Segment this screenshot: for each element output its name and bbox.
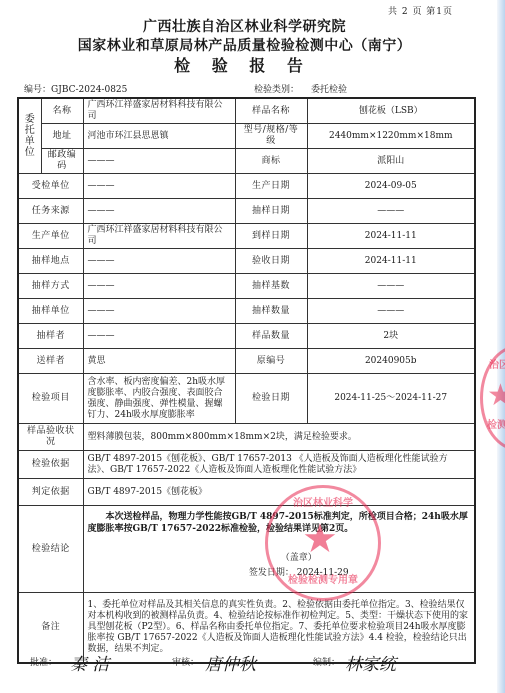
receipt-status: 塑料薄膜包装，800mm×800mm×18mm×2块，满足检验要求。 [83,424,475,451]
sampling-date: ——— [307,199,475,224]
sampling-unit-label: 抽样单位 [18,299,83,324]
sampling-method: ——— [83,274,235,299]
table-row: 送样者 黄思 原编号 20240905b [18,349,475,374]
seal-note: （盖章） [88,553,471,564]
table-row: 受检单位 ——— 生产日期 2024-09-05 [18,174,475,199]
sampler: ——— [83,324,235,349]
inspected-unit: ——— [83,174,235,199]
acceptance-date-label: 验收日期 [235,249,307,274]
judgement-label: 判定依据 [18,479,83,506]
client-address: 河池市环江县思恩镇 [83,124,235,149]
client-group-label: 委 托 单 位 [18,98,41,174]
edit-label: 编制： [313,655,340,668]
postcode: ——— [83,149,235,174]
table-row: 生产单位 广西环江祥盛家居材料科技有限公司 到样日期 2024-11-11 [18,224,475,249]
sampling-qty-label: 抽样数量 [235,299,307,324]
client-name: 广西环江祥盛家居材料科技有限公司 [83,98,235,124]
report-number-label: 编号： [24,85,51,95]
table-row: 检验项目 含水率、板内密度偏差、2h吸水厚度膨胀率、内胶合强度、表面胶合强度、静… [18,374,475,424]
table-row: 地址 河池市环江县思恩镇 型号/规格/等级 2440mm×1220mm×18mm [18,124,475,149]
conclusion-text: 本次送检样品，物理力学性能按GB/T 4897-2015标准判定，所检项目合格；… [88,511,471,535]
receipt-status-label: 样品验收状况 [18,424,83,451]
table-row: 委 托 单 位 名称 广西环江祥盛家居材料科技有限公司 样品名称 刨花板（LSB… [18,98,475,124]
conclusion-label: 检验结论 [18,506,83,593]
arrival-date-label: 到样日期 [235,224,307,249]
client-name-label: 名称 [41,98,83,124]
table-row: 抽样单位 ——— 抽样数量 ——— [18,299,475,324]
sampling-place-label: 抽样地点 [18,249,83,274]
basis: GB/T 4897-2015《刨花板》、GB/T 17657-2013 《人造板… [83,451,475,479]
items-label: 检验项目 [18,374,83,424]
sample-name-label: 样品名称 [235,98,307,124]
sampling-date-label: 抽样日期 [235,199,307,224]
model-label: 型号/规格/等级 [235,124,307,149]
page-edge [497,0,505,693]
postcode-label: 邮政编码 [41,149,83,174]
task-source: ——— [83,199,235,224]
production-date-label: 生产日期 [235,174,307,199]
review-label: 审核： [172,655,199,668]
issue-date: 签发日期： 2024-11-29 [88,568,471,579]
sampling-base-label: 抽样基数 [235,274,307,299]
client-address-label: 地址 [41,124,83,149]
model: 2440mm×1220mm×18mm [307,124,475,149]
production-date: 2024-09-05 [307,174,475,199]
report-title: 检 验 报 告 [0,53,495,76]
items: 含水率、板内密度偏差、2h吸水厚度膨胀率、内胶合强度、表面胶合强度、静曲强度、弹… [83,374,235,424]
acceptance-date: 2024-11-11 [307,249,475,274]
table-row: 邮政编码 ——— 商标 派阳山 [18,149,475,174]
task-source-label: 任务来源 [18,199,83,224]
sampling-base: ——— [307,274,475,299]
center-title: 国家林业和草原局林产品质量检验检测中心（南宁） [0,35,497,55]
producer-label: 生产单位 [18,224,83,249]
approve-label: 批准： [30,655,57,668]
edit-signature: 林家统 [345,650,396,675]
brand: 派阳山 [307,149,475,174]
sample-qty: 2块 [307,324,475,349]
sender-label: 送样者 [18,349,83,374]
approve-signature: 秦 洁 [70,650,109,675]
basis-label: 检验依据 [18,451,83,479]
table-row: 检验依据 GB/T 4897-2015《刨花板》、GB/T 17657-2013… [18,451,475,479]
conclusion-cell: 本次送检样品，物理力学性能按GB/T 4897-2015标准判定，所检项目合格；… [83,506,475,593]
institute-title: 广西壮族自治区林业科学研究院 [0,16,497,36]
table-row: 抽样地点 ——— 验收日期 2024-11-11 [18,249,475,274]
table-row: 抽样方式 ——— 抽样基数 ——— [18,274,475,299]
sample-qty-label: 样品数量 [235,324,307,349]
inspection-type: 检验类别：委托检验 [254,82,347,95]
sampling-unit: ——— [83,299,235,324]
report-table: 委 托 单 位 名称 广西环江祥盛家居材料科技有限公司 样品名称 刨花板（LSB… [17,97,476,664]
inspected-unit-label: 受检单位 [18,174,83,199]
sample-name: 刨花板（LSB） [307,98,475,124]
table-row: 判定依据 GB/T 4897-2015《刨花板》 [18,479,475,506]
sampling-qty: ——— [307,299,475,324]
original-no: 20240905b [307,349,475,374]
producer: 广西环江祥盛家居材料科技有限公司 [83,224,235,249]
inspection-type-label: 检验类别： [254,85,299,95]
report-number-value: GJBC-2024-0825 [51,85,127,95]
inspection-date-label: 检验日期 [235,374,307,424]
remarks: 1、委托单位对样品及其相关信息的真实性负责。2、检验依据由委托单位指定。3、检验… [83,593,475,663]
report-number: 编号：GJBC-2024-0825 [24,82,127,95]
sampler-label: 抽样者 [18,324,83,349]
arrival-date: 2024-11-11 [307,224,475,249]
table-row: 样品验收状况 塑料薄膜包装，800mm×800mm×18mm×2块，满足检验要求… [18,424,475,451]
table-row: 抽样者 ——— 样品数量 2块 [18,324,475,349]
inspection-type-value: 委托检验 [311,85,347,95]
sender: 黄思 [83,349,235,374]
review-signature: 唐仲秋 [205,650,256,675]
inspection-date: 2024-11-25～2024-11-27 [307,374,475,424]
sampling-method-label: 抽样方式 [18,274,83,299]
table-row: 任务来源 ——— 抽样日期 ——— [18,199,475,224]
sampling-place: ——— [83,249,235,274]
original-no-label: 原编号 [235,349,307,374]
judgement: GB/T 4897-2015《刨花板》 [83,479,475,506]
table-row: 检验结论 本次送检样品，物理力学性能按GB/T 4897-2015标准判定，所检… [18,506,475,593]
brand-label: 商标 [235,149,307,174]
